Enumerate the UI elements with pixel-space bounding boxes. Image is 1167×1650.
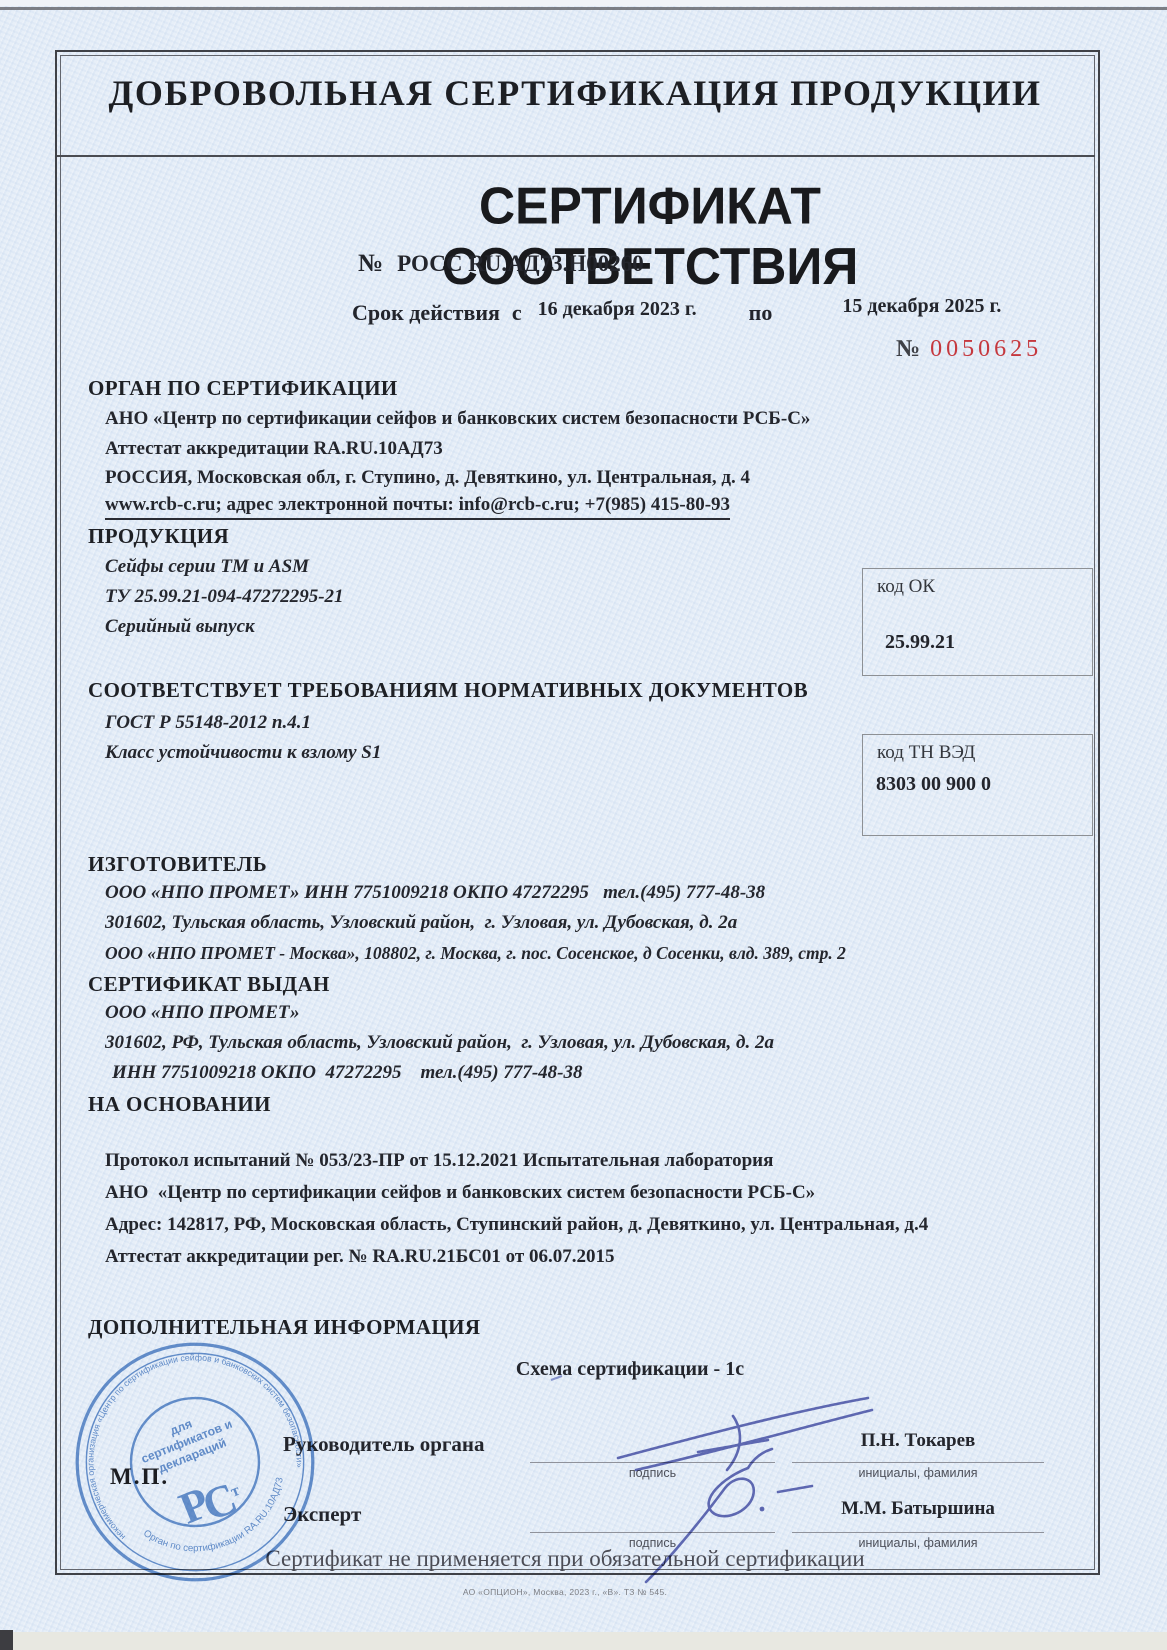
tnved-code-label: код ТН ВЭД bbox=[877, 742, 975, 764]
ok-code-label: код ОК bbox=[877, 576, 935, 598]
section-heading-issued-to: СЕРТИФИКАТ ВЫДАН bbox=[88, 972, 330, 997]
basis-line: Адрес: 142817, РФ, Московская область, С… bbox=[105, 1214, 928, 1236]
tnved-code-value: 8303 00 900 0 bbox=[876, 773, 991, 796]
certificate-number: №РОСС RU.АД73.Н00260 bbox=[358, 250, 644, 278]
basis-line: Аттестат аккредитации рег. № RA.RU.21БС0… bbox=[105, 1246, 615, 1268]
signatory-name: М.М. Батыршина bbox=[792, 1498, 1044, 1520]
validity-label: Срок действия bbox=[352, 300, 500, 325]
ok-code-value: 25.99.21 bbox=[885, 631, 955, 654]
section-heading-certification-body: ОРГАН ПО СЕРТИФИКАЦИИ bbox=[88, 376, 398, 401]
org-line: Аттестат аккредитации RA.RU.10АД73 bbox=[105, 438, 443, 460]
org-contact-line: www.rcb-c.ru; адрес электронной почты: i… bbox=[105, 494, 730, 516]
section-heading-compliance: СООТВЕТСТВУЕТ ТРЕБОВАНИЯМ НОРМАТИВНЫХ ДО… bbox=[88, 678, 808, 703]
compliance-line: ГОСТ Р 55148-2012 п.4.1 bbox=[105, 712, 311, 734]
to-label: по bbox=[749, 300, 773, 325]
from-label: с bbox=[512, 300, 522, 325]
validity-period: Срок действияс16 декабря 2023 г.по15 дек… bbox=[352, 300, 1001, 326]
issued-line: ИНН 7751009218 ОКПО 47272295 тел.(495) 7… bbox=[112, 1062, 583, 1084]
name-line bbox=[792, 1532, 1044, 1533]
tnved-code-box: код ТН ВЭД 8303 00 900 0 bbox=[862, 734, 1093, 836]
number-sign: № bbox=[358, 250, 383, 277]
section-heading-manufacturer: ИЗГОТОВИТЕЛЬ bbox=[88, 852, 267, 877]
section-heading-product: ПРОДУКЦИЯ bbox=[88, 524, 229, 549]
scan-bottom-strip bbox=[0, 1632, 1167, 1650]
serial-sign: № bbox=[896, 336, 920, 362]
header-separator-line bbox=[57, 155, 1095, 157]
name-line bbox=[792, 1462, 1044, 1463]
certification-scheme: Схема сертификации - 1с bbox=[400, 1358, 860, 1381]
ok-code-box: код ОК 25.99.21 bbox=[862, 568, 1093, 676]
basis-line: Протокол испытаний № 053/23-ПР от 15.12.… bbox=[105, 1150, 773, 1172]
issued-line: 301602, РФ, Тульская область, Узловский … bbox=[105, 1032, 774, 1054]
certificate-page: ДОБРОВОЛЬНАЯ СЕРТИФИКАЦИЯ ПРОДУКЦИИ СЕРТ… bbox=[0, 0, 1167, 1650]
scan-top-edge bbox=[0, 0, 1167, 6]
scan-bottom-notch bbox=[0, 1630, 13, 1650]
manufacturer-line: 301602, Тульская область, Узловский райо… bbox=[105, 912, 737, 934]
blank-serial-number: №0050625 bbox=[896, 336, 1042, 363]
name-caption: инициалы, фамилия bbox=[792, 1466, 1044, 1480]
stamp-inner-text: для сертификатов и деклараций bbox=[133, 1403, 239, 1481]
issued-line: ООО «НПО ПРОМЕТ» bbox=[105, 1002, 299, 1024]
signatory-name: П.Н. Токарев bbox=[792, 1430, 1044, 1452]
serial-digits: 0050625 bbox=[930, 336, 1042, 362]
round-stamp: некоммерческая организация «Центр по сер… bbox=[63, 1330, 327, 1594]
manufacturer-line: ООО «НПО ПРОМЕТ - Москва», 108802, г. Мо… bbox=[105, 943, 846, 964]
valid-to-date: 15 декабря 2025 г. bbox=[842, 295, 1001, 318]
manufacturer-line: ООО «НПО ПРОМЕТ» ИНН 7751009218 ОКПО 472… bbox=[105, 882, 765, 904]
product-line: ТУ 25.99.21-094-47272295-21 bbox=[105, 586, 344, 608]
banner-title: ДОБРОВОЛЬНАЯ СЕРТИФИКАЦИЯ ПРОДУКЦИИ bbox=[70, 72, 1080, 114]
signature-line bbox=[530, 1532, 775, 1533]
org-line: РОССИЯ, Московская обл, г. Ступино, д. Д… bbox=[105, 467, 750, 489]
compliance-line: Класс устойчивости к взлому S1 bbox=[105, 742, 381, 764]
certificate-number-value: РОСС RU.АД73.Н00260 bbox=[397, 251, 644, 276]
signature-line bbox=[530, 1462, 775, 1463]
basis-line: АНО «Центр по сертификации сейфов и банк… bbox=[105, 1182, 815, 1204]
signature-caption: подпись bbox=[530, 1466, 775, 1480]
org-line: АНО «Центр по сертификации сейфов и банк… bbox=[105, 408, 810, 430]
valid-from-date: 16 декабря 2023 г. bbox=[538, 298, 697, 321]
certificate-title: СЕРТИФИКАТ СООТВЕТСТВИЯ bbox=[280, 176, 1020, 297]
rst-logo: Р С т bbox=[172, 1464, 249, 1539]
product-line: Сейфы серии ТМ и ASM bbox=[105, 556, 309, 578]
scan-top-line bbox=[0, 7, 1167, 10]
section-heading-basis: НА ОСНОВАНИИ bbox=[88, 1092, 271, 1117]
product-line: Серийный выпуск bbox=[105, 616, 255, 638]
